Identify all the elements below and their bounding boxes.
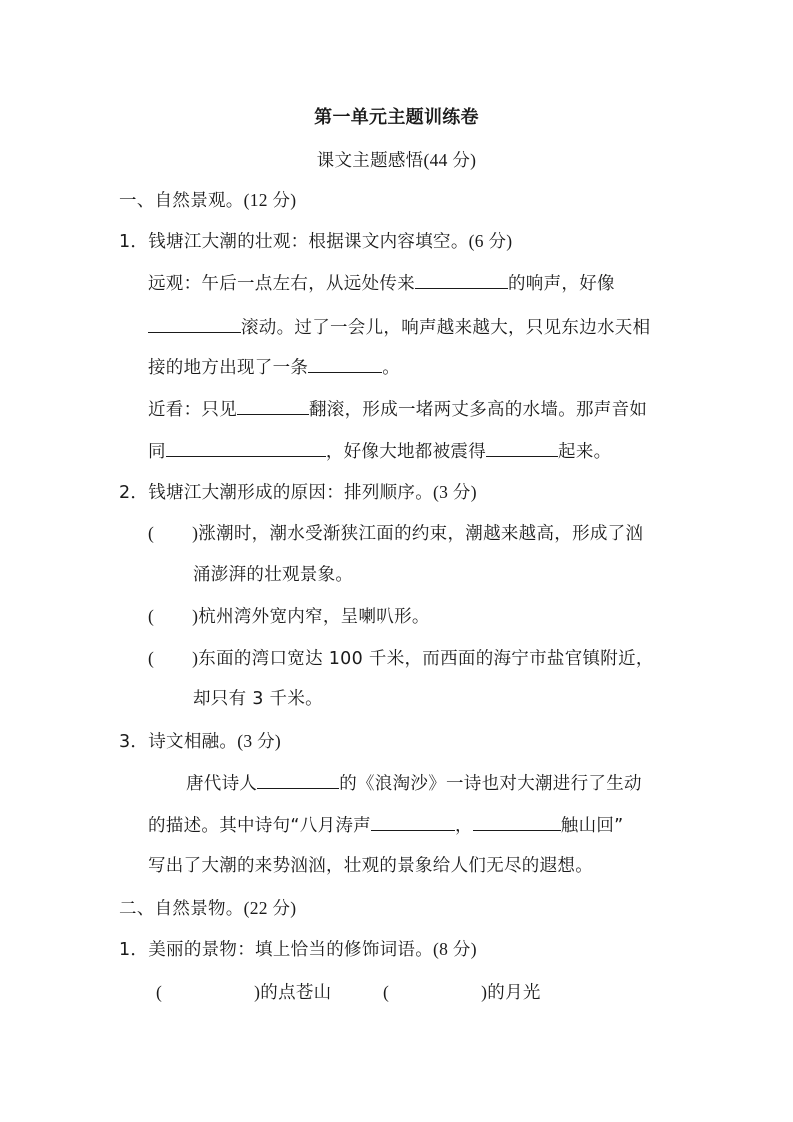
paren-open: ( — [148, 523, 154, 543]
question-1-2: 2．钱塘江大潮形成的原因：排列顺序。(3 分) — [119, 480, 477, 505]
text: 的描述。其中诗句“八月涛声 — [148, 816, 371, 836]
item-text: 杭州湾外宽内窄，呈喇叭形。 — [198, 607, 429, 627]
question-number: 1． — [119, 940, 148, 960]
fill-blank[interactable] — [237, 396, 309, 415]
q1-line-2: 滚动。过了一会儿，响声越来越大，只见东边水天相 — [148, 314, 650, 340]
q3-line-3: 写出了大潮的来势汹汹，壮观的景象给人们无尽的遐想。 — [148, 854, 593, 878]
question-score: (3 分) — [237, 731, 281, 751]
text: 接的地方出现了一条 — [148, 358, 308, 378]
section-heading-2: 二、自然景物。(22 分) — [119, 896, 296, 921]
question-number: 3． — [119, 732, 148, 752]
modifier-pair-2: ()的月光 — [383, 980, 541, 1005]
q1-line-5: 同，好像大地都被震得起来。 — [148, 438, 611, 464]
section-heading-text: 二、自然景物。 — [119, 899, 244, 919]
q3-line-1: 唐代诗人的《浪淘沙》一诗也对大潮进行了生动 — [186, 770, 642, 796]
question-1-1: 1．钱塘江大潮的壮观：根据课文内容填空。(6 分) — [119, 229, 512, 254]
text: 的响声，好像 — [508, 274, 615, 294]
subtitle-text: 课文主题感悟 — [317, 151, 424, 171]
item-text: 东面的湾口宽达 100 千米，而西面的海宁市盐官镇附近， — [198, 649, 653, 669]
text: 触山回” — [561, 816, 624, 836]
paren-open: ( — [148, 648, 154, 668]
text: 唐代诗人 — [186, 774, 257, 794]
section-heading-text: 一、自然景观。 — [119, 191, 244, 211]
fill-blank[interactable] — [415, 270, 508, 289]
order-item-3-cont: 却只有 3 千米。 — [193, 687, 323, 711]
section-score: (12 分) — [244, 190, 297, 210]
fill-blank[interactable] — [257, 770, 339, 789]
fill-blank[interactable] — [308, 354, 382, 373]
question-score: (6 分) — [469, 231, 513, 251]
question-score: (3 分) — [433, 482, 477, 502]
q3-line-2: 的描述。其中诗句“八月涛声，触山回” — [148, 812, 624, 838]
question-score: (8 分) — [433, 939, 477, 959]
question-prompt: 钱塘江大潮的壮观：根据课文内容填空。 — [148, 232, 468, 252]
q1-line-1: 远观：午后一点左右，从远处传来的响声，好像 — [148, 270, 615, 296]
text: 近看：只见 — [148, 400, 237, 420]
text: ， — [455, 816, 473, 836]
question-number: 1． — [119, 232, 148, 252]
order-item-2: ()杭州湾外宽内窄，呈喇叭形。 — [148, 604, 430, 629]
text: 同 — [148, 442, 166, 462]
fill-blank[interactable] — [486, 438, 558, 457]
q1-line-3: 接的地方出现了一条。 — [148, 354, 400, 380]
paren-open: ( — [156, 982, 162, 1002]
question-prompt: 诗文相融。 — [148, 732, 237, 752]
q1-line-4: 近看：只见翻滚，形成一堵两丈多高的水墙。那声音如 — [148, 396, 647, 422]
text: 。 — [382, 358, 400, 378]
section-heading-1: 一、自然景观。(12 分) — [119, 188, 296, 213]
text: 滚动。过了一会儿，响声越来越大，只见东边水天相 — [241, 318, 650, 338]
fill-blank[interactable] — [148, 314, 241, 333]
text: ，好像大地都被震得 — [326, 442, 486, 462]
question-number: 2． — [119, 483, 148, 503]
section-score: (22 分) — [244, 898, 297, 918]
item-text: 的点苍山 — [260, 983, 331, 1003]
fill-blank[interactable] — [473, 812, 561, 831]
item-text: 的月光 — [487, 983, 540, 1003]
text: 远观：午后一点左右，从远处传来 — [148, 274, 415, 294]
text: 翻滚，形成一堵两丈多高的水墙。那声音如 — [309, 400, 647, 420]
question-prompt: 美丽的景物：填上恰当的修饰词语。 — [148, 940, 433, 960]
text: 的《浪淘沙》一诗也对大潮进行了生动 — [339, 774, 642, 794]
order-item-1-cont: 涌澎湃的壮观景象。 — [193, 563, 353, 587]
modifier-pair-1: ()的点苍山 — [156, 980, 331, 1005]
order-item-1: ()涨潮时，潮水受渐狭江面的约束，潮越来越高，形成了汹 — [148, 521, 643, 546]
subtitle-score: (44 分) — [423, 150, 476, 170]
page-subtitle: 课文主题感悟(44 分) — [0, 148, 793, 173]
question-2-1: 1．美丽的景物：填上恰当的修饰词语。(8 分) — [119, 937, 477, 962]
question-1-3: 3．诗文相融。(3 分) — [119, 729, 281, 754]
item-text: 涨潮时，潮水受渐狭江面的约束，潮越来越高，形成了汹 — [198, 524, 643, 544]
paren-open: ( — [383, 982, 389, 1002]
order-item-3: ()东面的湾口宽达 100 千米，而西面的海宁市盐官镇附近， — [148, 646, 654, 671]
fill-blank[interactable] — [166, 438, 326, 457]
question-prompt: 钱塘江大潮形成的原因：排列顺序。 — [148, 483, 433, 503]
page-title: 第一单元主题训练卷 — [0, 106, 793, 130]
fill-blank[interactable] — [371, 812, 455, 831]
text: 起来。 — [558, 442, 611, 462]
paren-open: ( — [148, 606, 154, 626]
